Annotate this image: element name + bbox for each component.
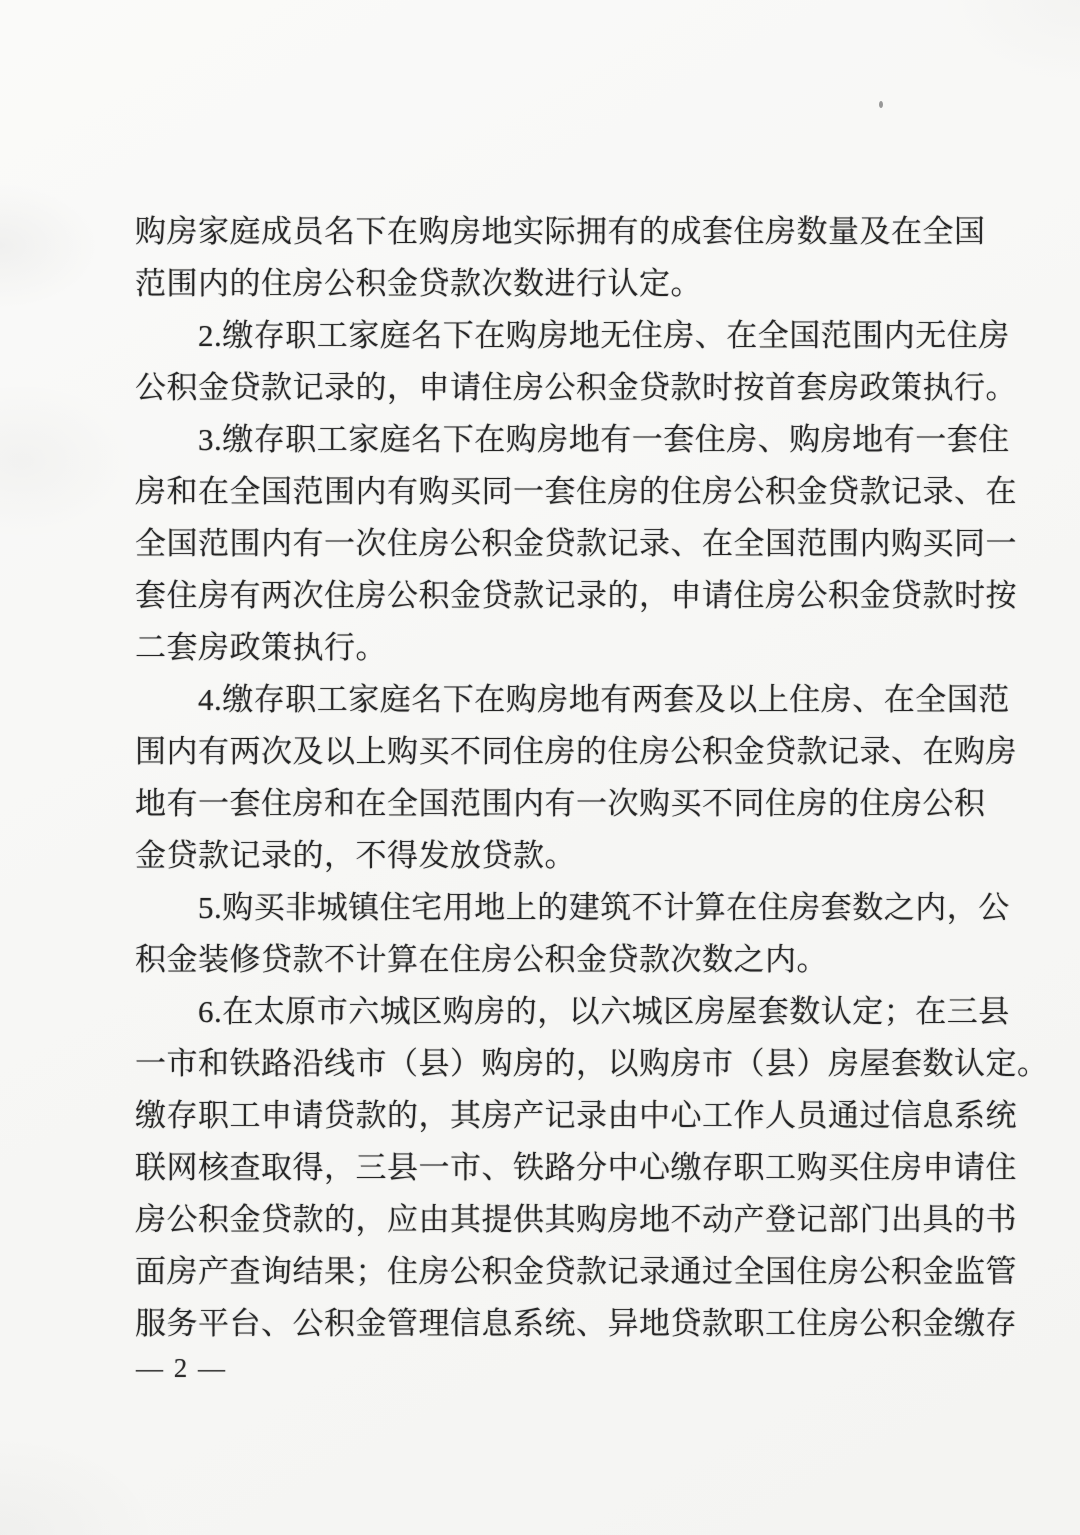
text-line: 6.在太原市六城区购房的，以六城区房屋套数认定；在三县: [135, 986, 980, 1038]
text-line: 范围内的住房公积金贷款次数进行认定。: [135, 258, 980, 310]
scan-speck: [879, 101, 883, 108]
scanned-document-page: 购房家庭成员名下在购房地实际拥有的成套住房数量及在全国范围内的住房公积金贷款次数…: [0, 0, 1080, 1535]
text-line: 房和在全国范围内有购买同一套住房的住房公积金贷款记录、在: [135, 466, 980, 518]
text-line: 2.缴存职工家庭名下在购房地无住房、在全国范围内无住房: [135, 310, 980, 362]
text-line: 地有一套住房和在全国范围内有一次购买不同住房的住房公积: [135, 778, 980, 830]
text-line: 全国范围内有一次住房公积金贷款记录、在全国范围内购买同一: [135, 518, 980, 570]
text-line: 面房产查询结果；住房公积金贷款记录通过全国住房公积金监管: [135, 1246, 980, 1298]
document-body: 购房家庭成员名下在购房地实际拥有的成套住房数量及在全国范围内的住房公积金贷款次数…: [135, 206, 980, 1350]
text-line: 金贷款记录的，不得发放贷款。: [135, 830, 980, 882]
text-line: 积金装修贷款不计算在住房公积金贷款次数之内。: [135, 934, 980, 986]
text-line: 套住房有两次住房公积金贷款记录的，申请住房公积金贷款时按: [135, 570, 980, 622]
text-line: 公积金贷款记录的，申请住房公积金贷款时按首套房政策执行。: [135, 362, 980, 414]
text-line: 3.缴存职工家庭名下在购房地有一套住房、购房地有一套住: [135, 414, 980, 466]
page-number: — 2 —: [136, 1353, 227, 1384]
text-line: 4.缴存职工家庭名下在购房地有两套及以上住房、在全国范: [135, 674, 980, 726]
text-line: 二套房政策执行。: [135, 622, 980, 674]
text-line: 购房家庭成员名下在购房地实际拥有的成套住房数量及在全国: [135, 206, 980, 258]
text-line: 一市和铁路沿线市（县）购房的，以购房市（县）房屋套数认定。: [135, 1038, 980, 1090]
text-line: 围内有两次及以上购买不同住房的住房公积金贷款记录、在购房: [135, 726, 980, 778]
text-line: 5.购买非城镇住宅用地上的建筑不计算在住房套数之内，公: [135, 882, 980, 934]
text-line: 联网核查取得，三县一市、铁路分中心缴存职工购买住房申请住: [135, 1142, 980, 1194]
text-line: 服务平台、公积金管理信息系统、异地贷款职工住房公积金缴存: [135, 1298, 980, 1350]
text-line: 缴存职工申请贷款的，其房产记录由中心工作人员通过信息系统: [135, 1090, 980, 1142]
text-line: 房公积金贷款的，应由其提供其购房地不动产登记部门出具的书: [135, 1194, 980, 1246]
